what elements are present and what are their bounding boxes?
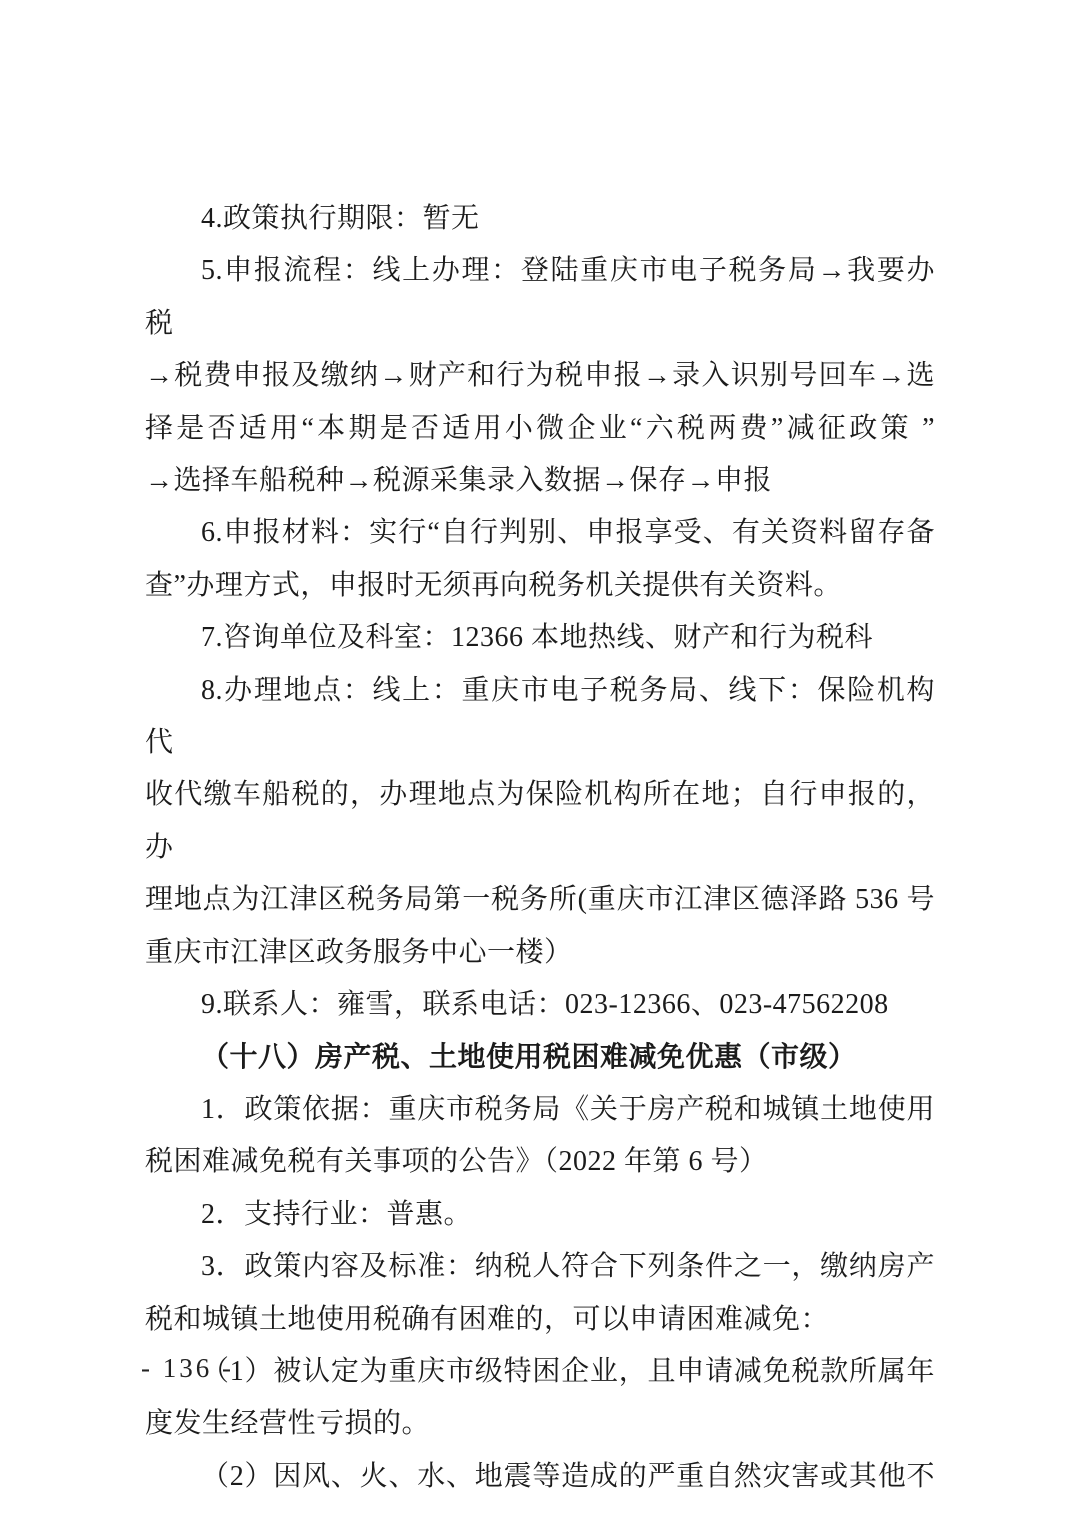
text-line: 5.申报流程：线上办理：登陆重庆市电子税务局→我要办税 xyxy=(145,245,935,350)
text-line: 2．支持行业：普惠。 xyxy=(145,1189,935,1241)
page-number: - 136 - xyxy=(141,1350,234,1386)
text-line: 9.联系人：雍雪，联系电话：023-12366、023-47562208 xyxy=(145,979,935,1031)
text-line: 理地点为江津区税务局第一税务所(重庆市江津区德泽路 536 号 xyxy=(145,874,935,926)
text-line: 1．政策依据：重庆市税务局《关于房产税和城镇土地使用 xyxy=(145,1084,935,1136)
text-line: →税费申报及缴纳→财产和行为税申报→录入识别号回车→选 xyxy=(145,350,935,402)
text-line: 税和城镇土地使用税确有困难的，可以申请困难减免： xyxy=(145,1294,935,1346)
text-line: （2）因风、火、水、地震等造成的严重自然灾害或其他不 xyxy=(145,1451,935,1503)
text-line: 4.政策执行期限：暂无 xyxy=(145,193,935,245)
text-line: 6.申报材料：实行“自行判别、申报享受、有关资料留存备 xyxy=(145,507,935,559)
text-line: （1）被认定为重庆市级特困企业，且申请减免税款所属年 xyxy=(145,1346,935,1398)
text-line: 7.咨询单位及科室：12366 本地热线、财产和行为税科 xyxy=(145,612,935,664)
text-line: 度发生经营性亏损的。 xyxy=(145,1398,935,1450)
section-heading-line: （十八）房产税、土地使用税困难减免优惠（市级） xyxy=(145,1032,935,1084)
text-line: 重庆市江津区政务服务中心一楼） xyxy=(145,927,935,979)
text-line: 择是否适用“本期是否适用小微企业“六税两费”减征政策 ” xyxy=(145,403,935,455)
document-body: 4.政策执行期限：暂无5.申报流程：线上办理：登陆重庆市电子税务局→我要办税→税… xyxy=(145,193,935,1503)
text-line: 8.办理地点：线上：重庆市电子税务局、线下：保险机构代 xyxy=(145,665,935,770)
text-line: 查”办理方式，申报时无须再向税务机关提供有关资料。 xyxy=(145,560,935,612)
text-line: 收代缴车船税的，办理地点为保险机构所在地；自行申报的，办 xyxy=(145,769,935,874)
text-line: →选择车船税种→税源采集录入数据→保存→申报 xyxy=(145,455,935,507)
document-page: 4.政策执行期限：暂无5.申报流程：线上办理：登陆重庆市电子税务局→我要办税→税… xyxy=(0,0,1074,1520)
text-line: 税困难减免税有关事项的公告》（2022 年第 6 号） xyxy=(145,1136,935,1188)
text-line: 3．政策内容及标准：纳税人符合下列条件之一，缴纳房产 xyxy=(145,1241,935,1293)
